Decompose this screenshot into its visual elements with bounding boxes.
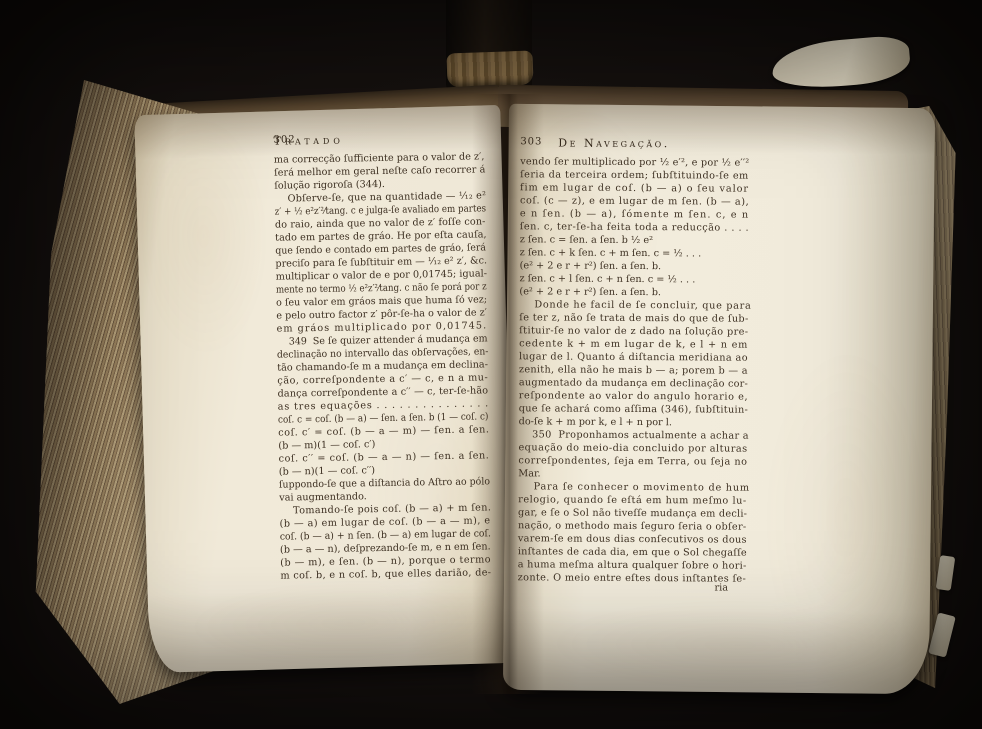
left-page-text: 302 Tratado ma correcção ſufficiente par… <box>273 131 491 583</box>
paper-tab <box>936 555 956 591</box>
spine-headband <box>446 51 533 88</box>
book-photo: 302 Tratado ma correcção ſufficiente par… <box>0 0 982 729</box>
torn-paper-scrap <box>770 34 911 92</box>
running-title: De Navegação. <box>558 137 669 151</box>
right-page-header: De Navegação. 303 <box>520 136 749 152</box>
right-page-text: De Navegação. 303 vendo ſer multiplicado… <box>518 136 750 586</box>
page-number: 303 <box>520 136 542 147</box>
catchword: ria <box>519 581 748 595</box>
left-page-header: 302 Tratado <box>273 131 484 149</box>
running-title: Tratado <box>273 133 370 148</box>
